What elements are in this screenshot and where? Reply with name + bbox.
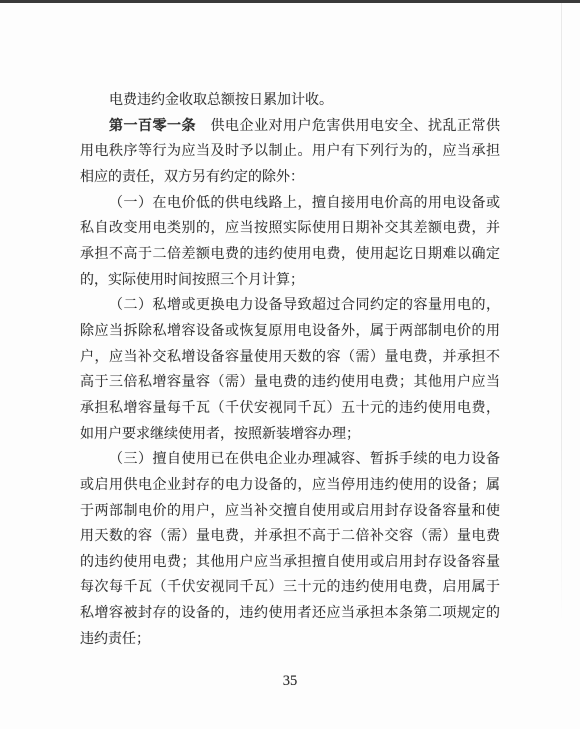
text-line: 高于三倍私增容量容（需）量电费的违约使用电费；其他用户应当 [80,370,500,396]
text-segment: 承担私增容量每千瓦（千伏安视同千瓦）五十元的违约使用电费， [80,401,500,416]
text-line: 私增容被封存的设备的，违约使用者还应当承担本条第二项规定的 [80,601,500,627]
text-line: 承担不高于二倍差额电费的违约使用电费，使用起讫日期难以确定 [80,242,500,268]
text-segment: 承担不高于二倍差额电费的违约使用电费，使用起讫日期难以确定 [80,247,500,262]
text-line: 用电秩序等行为应当及时予以制止。用户有下列行为的，应当承担 [80,139,500,165]
text-segment: 相应的责任，双方另有约定的除外： [80,170,304,185]
article-number-heading: 第一百零一条 [109,119,196,134]
text-segment: 除应当拆除私增容设备或恢复原用电设备外，属于两部制电价的用 [80,324,500,339]
text-segment: 用天数的容（需）量电费，并承担不高于二倍补交容（需）量电费 [80,529,500,544]
text-segment: 的违约使用电费；其他用户应当承担擅自使用或启用封存设备容量 [80,555,500,570]
text-line: （二）私增或更换电力设备导致超过合同约定的容量用电的， [80,293,500,319]
text-line: 电费违约金收取总额按日累加计收。 [80,88,500,114]
text-line: 用天数的容（需）量电费，并承担不高于二倍补交容（需）量电费 [80,524,500,550]
text-segment: 于两部制电价的用户，应当补交擅自使用或启用封存设备容量和使 [80,504,500,519]
text-segment: 或启用供电企业封存的电力设备的，应当停用违约使用的设备；属 [80,478,500,493]
text-segment: 电费违约金收取总额按日累加计收。 [109,93,333,108]
text-line: 相应的责任，双方另有约定的除外： [80,165,500,191]
text-segment: 用电秩序等行为应当及时予以制止。用户有下列行为的，应当承担 [80,144,500,159]
text-segment: （三）擅自使用已在供电企业办理减容、暂拆手续的电力设备 [109,452,500,467]
text-line: （一）在电价低的供电线路上，擅自接用电价高的用电设备或 [80,191,500,217]
text-segment: 私增容被封存的设备的，违约使用者还应当承担本条第二项规定的 [80,606,500,621]
text-segment: 的，实际使用时间按照三个月计算； [80,273,304,288]
text-line: 户，应当补交私增设备容量使用天数的容（需）量电费，并承担不 [80,345,500,371]
text-line: 除应当拆除私增容设备或恢复原用电设备外，属于两部制电价的用 [80,319,500,345]
text-line: 的违约使用电费；其他用户应当承担擅自使用或启用封存设备容量 [80,550,500,576]
text-line: 或启用供电企业封存的电力设备的，应当停用违约使用的设备；属 [80,473,500,499]
text-segment: 如用户要求继续使用者，按照新装增容办理； [80,427,360,442]
text-segment: （一）在电价低的供电线路上，擅自接用电价高的用电设备或 [109,196,500,211]
text-segment: （二）私增或更换电力设备导致超过合同约定的容量用电的， [109,298,500,313]
text-line: 违约责任； [80,627,500,653]
text-segment: 户，应当补交私增设备容量使用天数的容（需）量电费，并承担不 [80,350,500,365]
article-text: 电费违约金收取总额按日累加计收。第一百零一条 供电企业对用户危害供用电安全、扰乱… [80,88,500,652]
text-line: 私自改变用电类别的，应当按照实际使用日期补交其差额电费，并 [80,216,500,242]
text-segment: 私自改变用电类别的，应当按照实际使用日期补交其差额电费，并 [80,221,500,236]
text-segment: 高于三倍私增容量容（需）量电费的违约使用电费；其他用户应当 [80,375,500,390]
text-segment: 违约责任； [80,632,150,647]
text-line: （三）擅自使用已在供电企业办理减容、暂拆手续的电力设备 [80,447,500,473]
text-line: 于两部制电价的用户，应当补交擅自使用或启用封存设备容量和使 [80,499,500,525]
text-segment: 供电企业对用户危害供用电安全、扰乱正常供 [196,119,500,134]
scan-edge-right [561,3,562,623]
text-line: 每次每千瓦（千伏安视同千瓦）三十元的违约使用电费，启用属于 [80,575,500,601]
text-line: 如用户要求继续使用者，按照新装增容办理； [80,422,500,448]
text-line: 的，实际使用时间按照三个月计算； [80,268,500,294]
scan-edge-top [0,0,580,3]
text-line: 承担私增容量每千瓦（千伏安视同千瓦）五十元的违约使用电费， [80,396,500,422]
text-line: 第一百零一条 供电企业对用户危害供用电安全、扰乱正常供 [80,114,500,140]
page-number: 35 [0,673,580,690]
text-segment: 每次每千瓦（千伏安视同千瓦）三十元的违约使用电费，启用属于 [80,580,500,595]
